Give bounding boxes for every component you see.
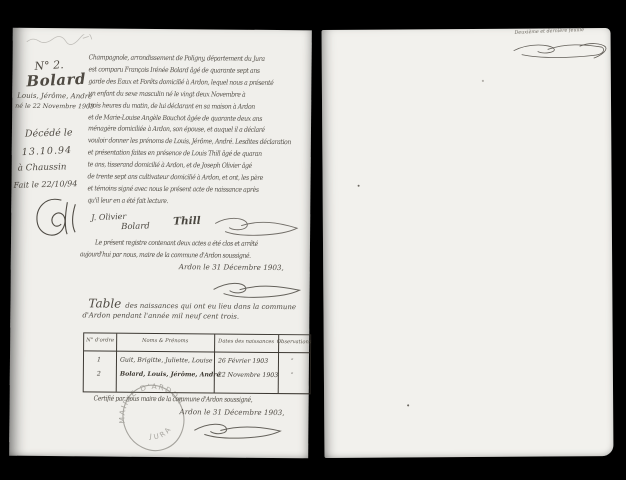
stamp-bottom-text: JURA — [145, 423, 175, 445]
ink-speck — [407, 404, 409, 406]
table-title-line: Tabledes naissances qui ont eu lieu dans… — [88, 296, 296, 312]
ink-speck — [358, 185, 360, 187]
table-cell-observation: ″ — [291, 358, 293, 365]
right-page: Deuxième et dernière feuille — [322, 28, 614, 458]
margin-death-note-line: Décédé le — [25, 127, 73, 139]
margin-surname: Bolard — [26, 70, 86, 91]
witness-signature: J. Olivier — [91, 212, 126, 223]
table-cell-observation: ″ — [291, 372, 293, 379]
table-cell-order: 1 — [97, 356, 101, 363]
ink-speck — [482, 80, 484, 82]
table-title-lead: Table — [88, 296, 121, 310]
faint-top-scribble — [25, 34, 105, 49]
table-cell-date: 26 Février 1903 — [218, 358, 268, 365]
margin-death-note-line: 13.10.94 — [22, 145, 73, 158]
corner-signature-scrawl — [510, 34, 610, 63]
margin-death-note-line: Fait le 22/10/94 — [13, 179, 77, 190]
certification-dateline: Ardon le 31 Décembre 1903, — [179, 407, 284, 417]
table-cell-order: 2 — [97, 370, 101, 377]
table-title-line: d'Ardon pendant l'année mil neuf cent tr… — [82, 311, 239, 320]
act-line: qu'il leur en a été fait lecture. — [87, 195, 289, 209]
father-signature: Bolard — [121, 221, 150, 232]
closing-statement-line: Le présent registre contenant deux actes… — [95, 238, 258, 247]
table-header-cell: Observations — [277, 339, 312, 345]
witness-signature: Thill — [173, 215, 201, 228]
table-column-rule — [116, 334, 118, 392]
mayor-signature-flourish — [211, 213, 303, 240]
table-header-cell: Dates des naissances — [218, 339, 274, 345]
closing-statement-line: aujourd'hui par nous, maire de la commun… — [80, 250, 251, 259]
closing-dateline: Ardon le 31 Décembre 1903, — [179, 262, 284, 272]
birth-index-table: N° d'ordre Noms & Prénoms Dates des nais… — [83, 332, 312, 394]
margin-paraph-signature — [31, 194, 93, 243]
scanned-register-spread: N° 2. Bolard Louis, Jérôme, André né le … — [0, 0, 626, 480]
margin-death-note-line: à Chaussin — [18, 162, 67, 173]
table-column-rule — [214, 334, 216, 392]
table-header-cell: N° d'ordre — [86, 337, 114, 343]
table-cell-date: 22 Novembre 1903 — [218, 372, 278, 380]
birth-act-text: Champagnole, arrondissement de Poligny, … — [87, 52, 312, 209]
table-cell-name: Guit, Brigitte, Juliette, Louise — [120, 357, 213, 365]
table-title-rest: des naissances qui ont eu lieu dans la c… — [125, 302, 296, 311]
margin-given-names: Louis, Jérôme, André — [17, 92, 92, 101]
margin-birth-note: né le 22 Novembre 1903 — [15, 103, 94, 111]
mayor-signature — [186, 417, 286, 444]
svg-text:JURA: JURA — [145, 423, 175, 445]
table-header-rule — [84, 350, 310, 353]
table-header-cell: Noms & Prénoms — [142, 338, 188, 344]
left-page: N° 2. Bolard Louis, Jérôme, André né le … — [9, 28, 312, 459]
